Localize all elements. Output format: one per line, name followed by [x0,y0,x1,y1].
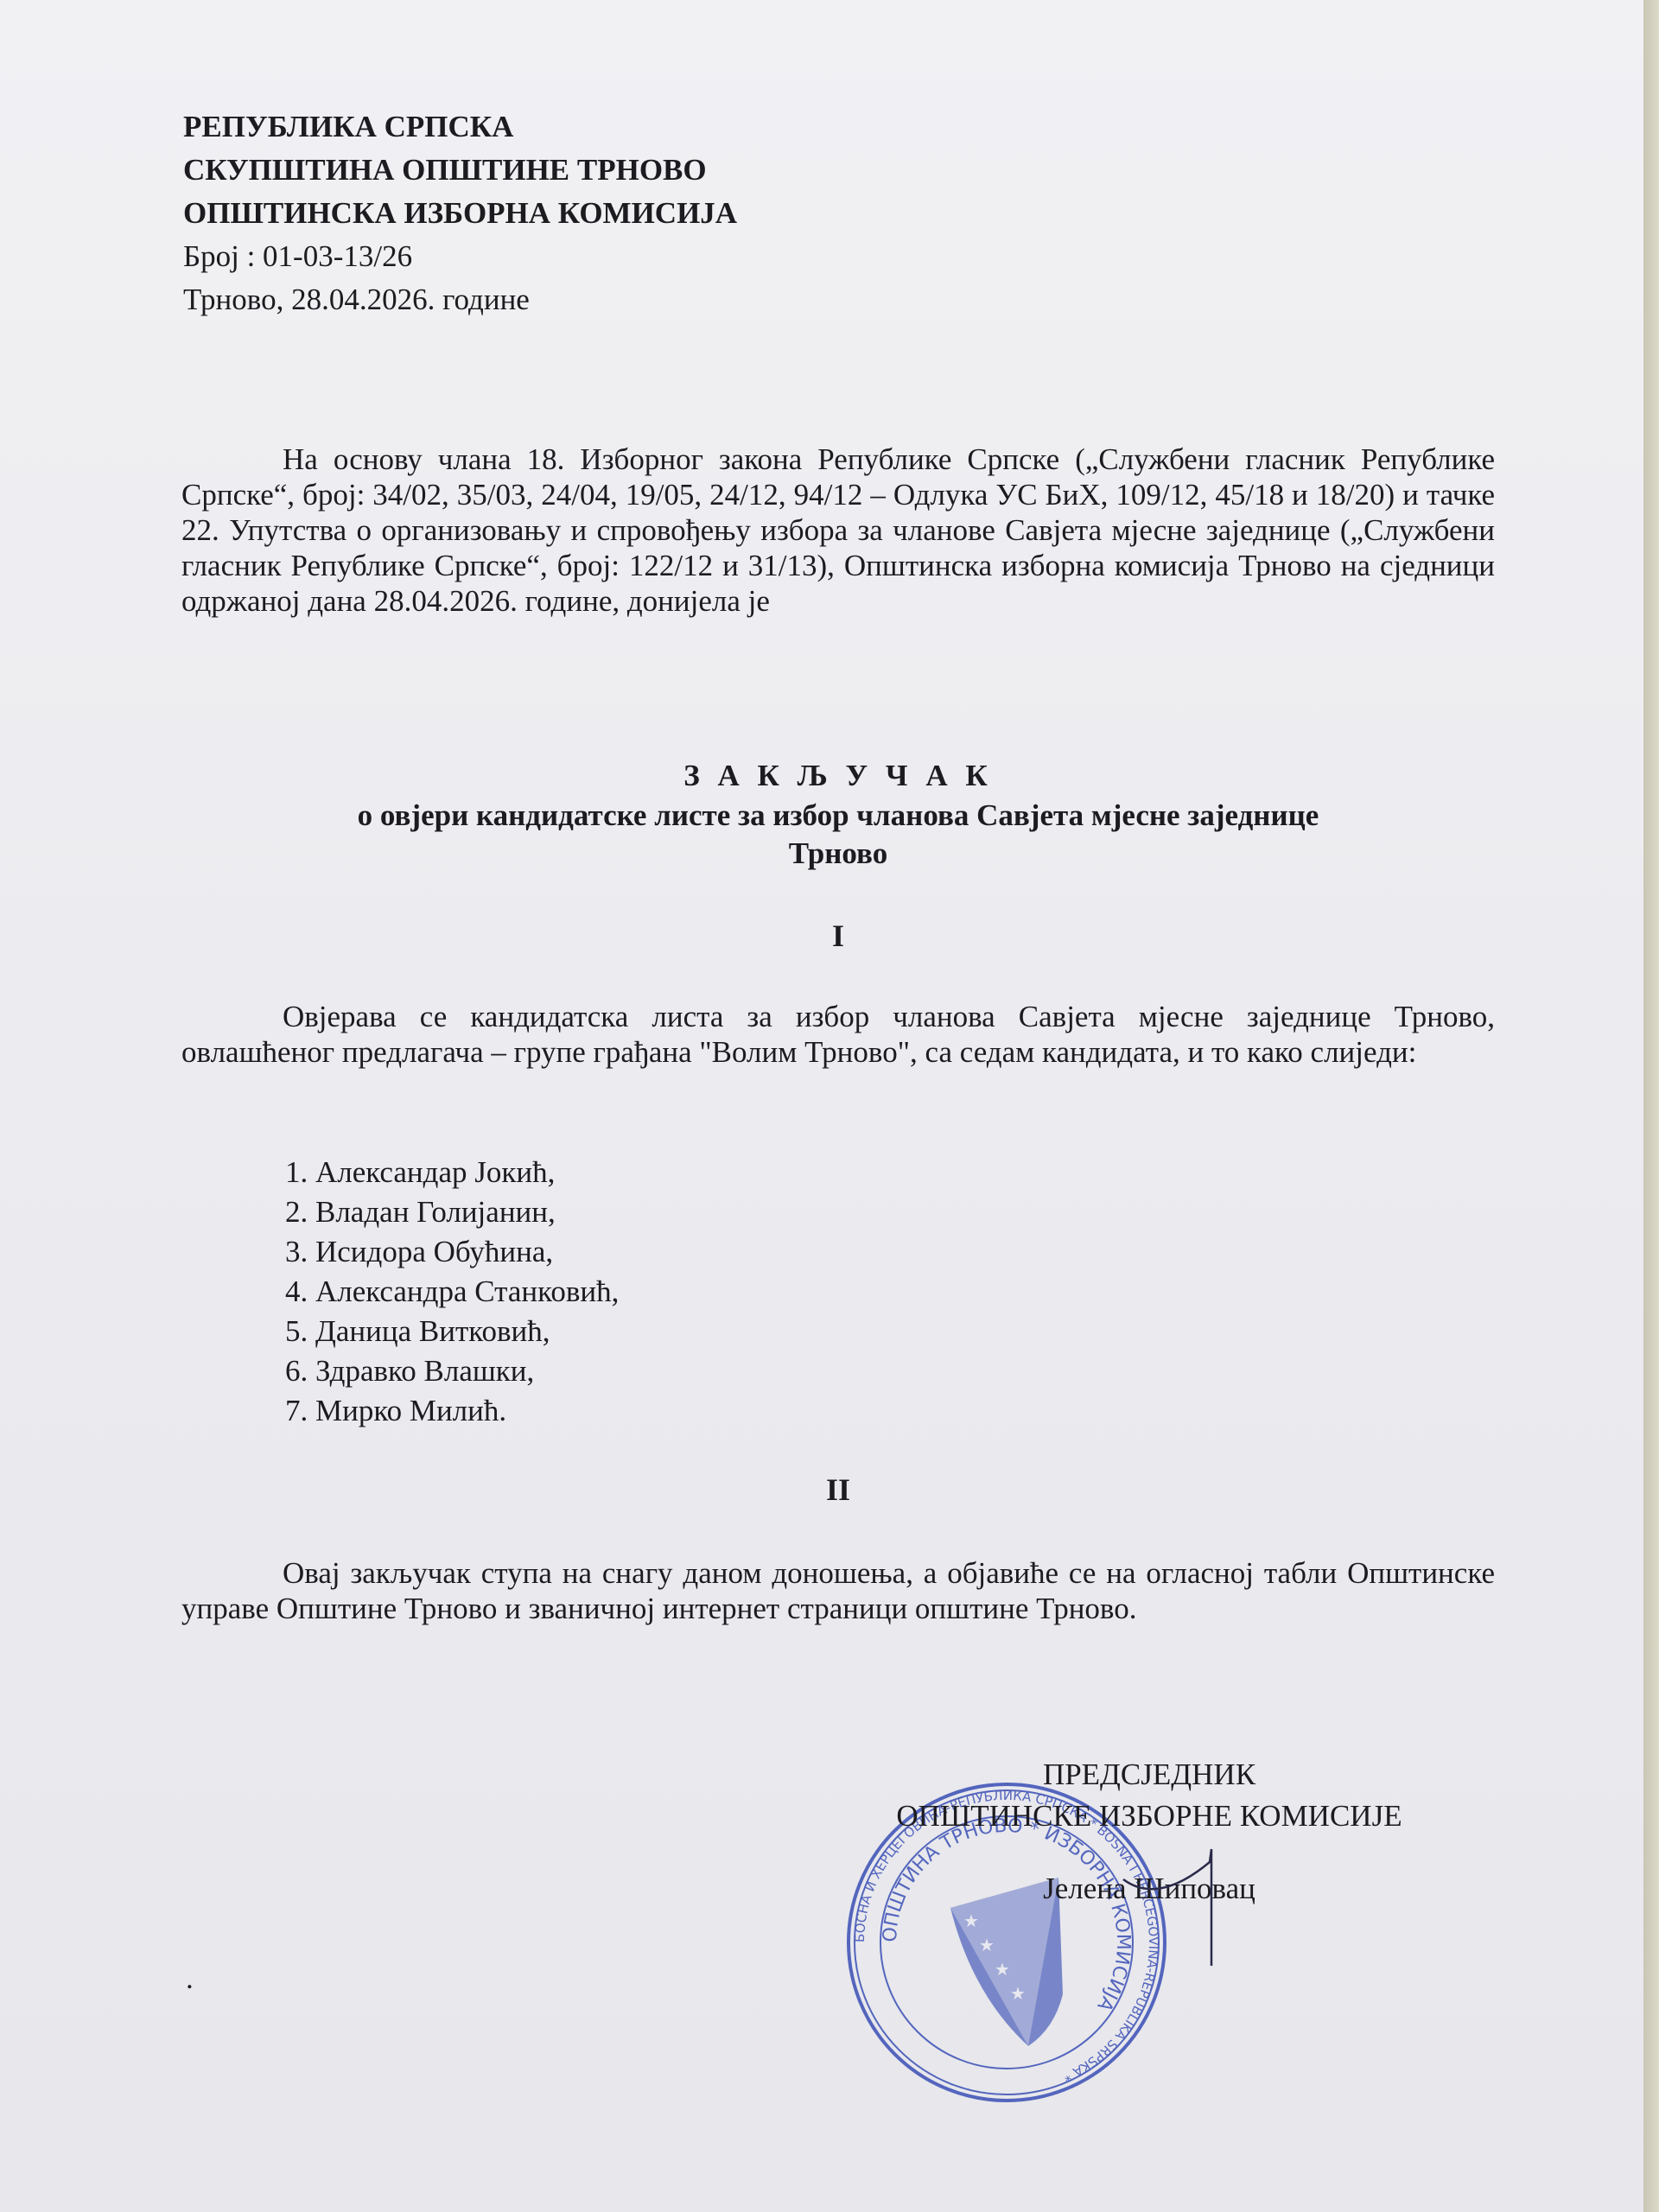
list-item: 7. Мирко Милић. [285,1391,619,1431]
document-number: Број : 01-03-13/26 [183,235,737,278]
header-commission: ОПШТИНСКА ИЗБОРНА КОМИСИЈА [183,192,737,235]
handwritten-signature-icon [1115,1845,1244,1966]
section-1-numeral: I [181,918,1495,954]
list-item: 2. Владан Голијанин, [285,1192,619,1232]
header-republic: РЕПУБЛИКА СРПСКА [183,105,737,149]
svg-text:★: ★ [979,1936,995,1955]
place-date: Трново, 28.04.2026. године [183,278,737,321]
candidate-list: 1. Александар Јокић, 2. Владан Голијанин… [285,1153,619,1431]
list-item: 3. Исидора Обућина, [285,1232,619,1272]
list-item: 4. Александра Станковић, [285,1272,619,1312]
list-item: 6. Здравко Влашки, [285,1351,619,1391]
subtitle-line-1: о овјери кандидатске листе за избор члан… [181,797,1495,835]
svg-text:★: ★ [963,1912,979,1931]
stray-mark: . [186,1961,194,1996]
section-2-numeral: II [181,1471,1495,1508]
signatory-role-line-2: ОПШТИНСКЕ ИЗБОРНЕ КОМИСИЈЕ [855,1796,1443,1837]
document-subtitle: о овјери кандидатске листе за избор члан… [181,797,1495,873]
svg-text:★: ★ [995,1961,1010,1980]
subtitle-line-2: Трново [181,835,1495,873]
document-header: РЕПУБЛИКА СРПСКА СКУПШТИНА ОПШТИНЕ ТРНОВ… [183,105,737,321]
list-item: 5. Даница Витковић, [285,1312,619,1351]
signatory-role-line-1: ПРЕДСЈЕДНИК [855,1754,1443,1796]
section-1-text: Овјерава се кандидатска листа за избор ч… [181,999,1495,1070]
document-title: З А К Љ У Ч А К [181,759,1495,793]
list-item: 1. Александар Јокић, [285,1153,619,1192]
background-edge [1643,0,1659,2212]
svg-text:★: ★ [1010,1985,1026,2004]
header-assembly: СКУПШТИНА ОПШТИНЕ ТРНОВО [183,149,737,192]
preamble: На основу члана 18. Изборног закона Репу… [181,442,1495,619]
section-2-text: Овај закључак ступа на снагу даном донош… [181,1555,1495,1626]
